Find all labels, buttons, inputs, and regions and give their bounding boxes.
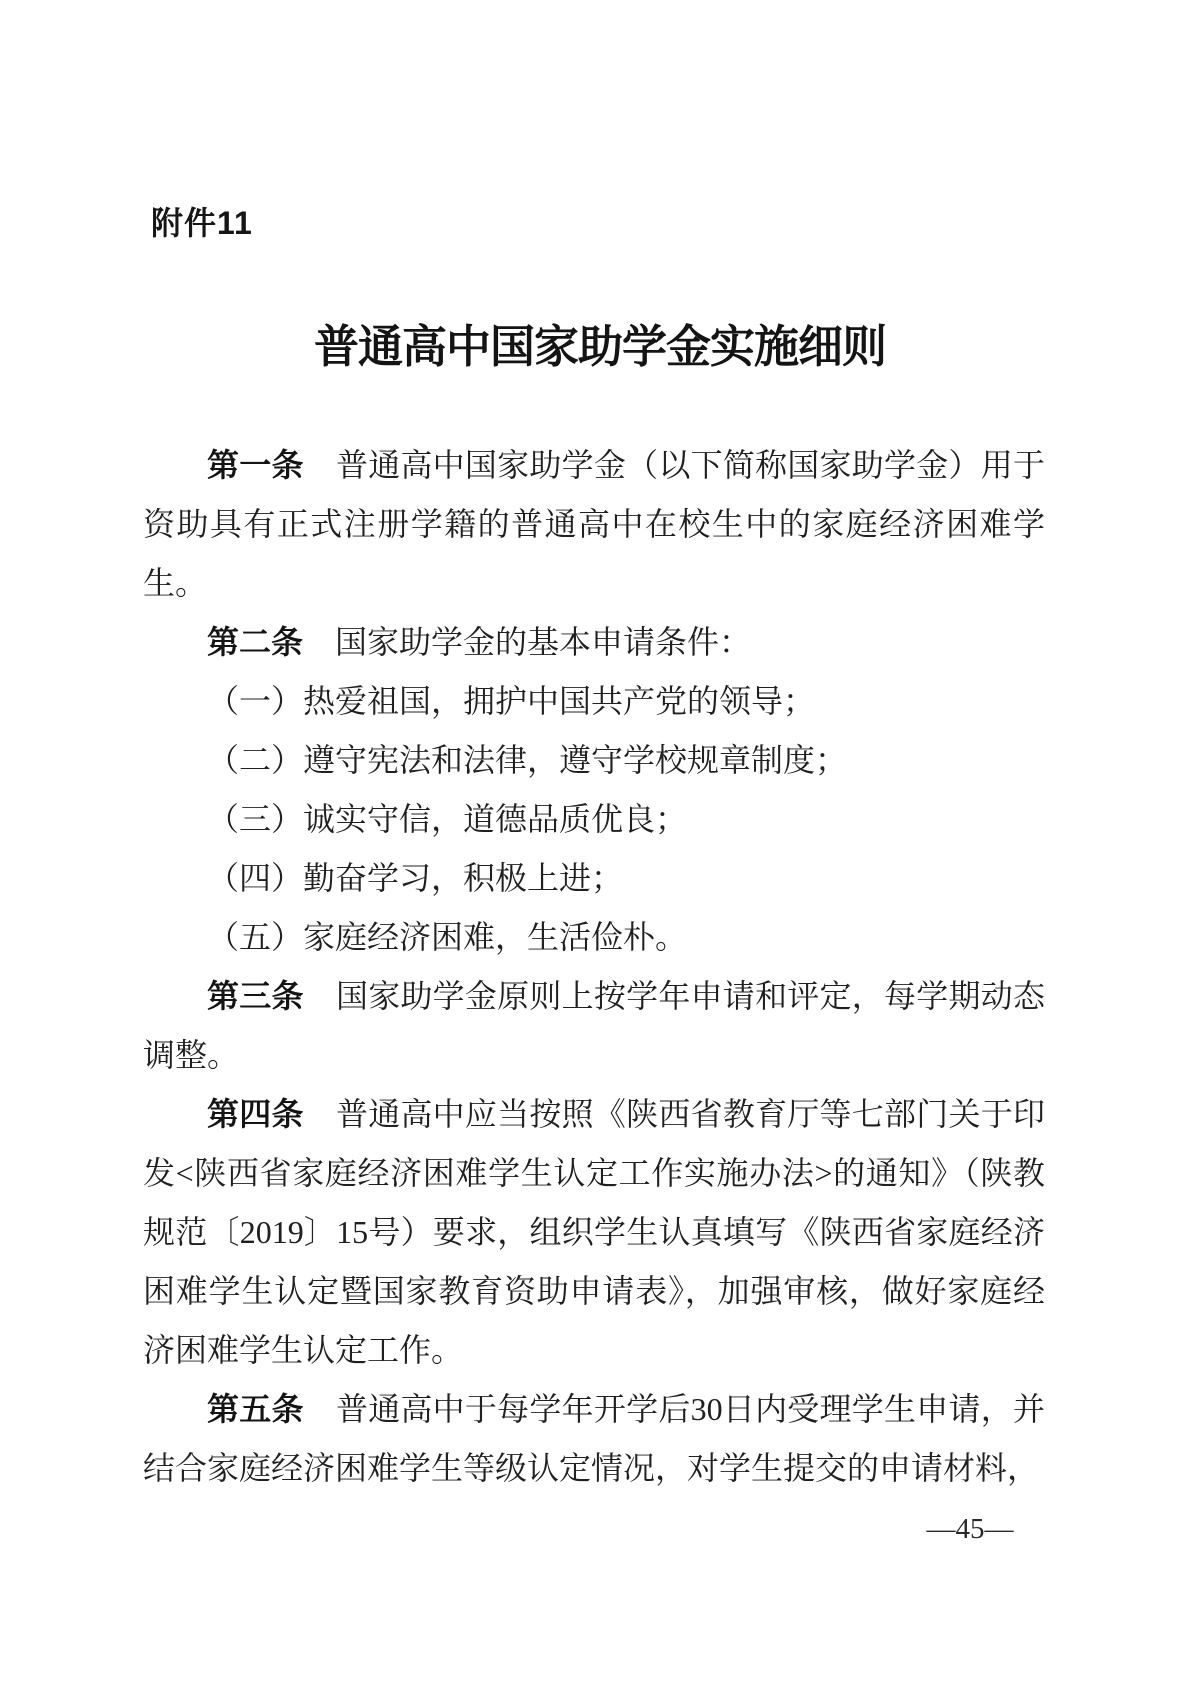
article-number: 第一条 xyxy=(207,447,304,483)
article-number: 第三条 xyxy=(207,978,304,1014)
attachment-label: 附件11 xyxy=(151,204,253,242)
article-paragraph: 第一条 普通高中国家助学金（以下简称国家助学金）用于资助具有正式注册学籍的普通高… xyxy=(143,436,1045,613)
list-item-paragraph: （四）勤奋学习，积极上进； xyxy=(143,849,1045,908)
list-item-paragraph: （二）遵守宪法和法律，遵守学校规章制度； xyxy=(143,731,1045,790)
list-item-paragraph: （五）家庭经济困难，生活俭朴。 xyxy=(143,908,1045,967)
page-number: —45— xyxy=(924,1512,1016,1546)
list-item-paragraph: （三）诚实守信，道德品质优良； xyxy=(143,790,1045,849)
article-paragraph: 第五条 普通高中于每学年开学后30日内受理学生申请，并结合家庭经济困难学生等级认… xyxy=(143,1380,1045,1498)
article-number: 第二条 xyxy=(207,624,303,660)
list-item-paragraph: （一）热爱祖国，拥护中国共产党的领导； xyxy=(143,672,1045,731)
article-paragraph: 第三条 国家助学金原则上按学年申请和评定，每学期动态调整。 xyxy=(143,967,1045,1085)
article-paragraph: 第二条 国家助学金的基本申请条件： xyxy=(143,613,1045,672)
article-paragraph: 第四条 普通高中应当按照《陕西省教育厅等七部门关于印发<陕西省家庭经济困难学生认… xyxy=(143,1085,1045,1380)
article-number: 第四条 xyxy=(207,1096,304,1132)
document-body: 第一条 普通高中国家助学金（以下简称国家助学金）用于资助具有正式注册学籍的普通高… xyxy=(143,436,1045,1498)
article-number: 第五条 xyxy=(207,1391,304,1427)
document-title: 普通高中国家助学金实施细则 xyxy=(140,318,1060,376)
document-page: 附件11 普通高中国家助学金实施细则 第一条 普通高中国家助学金（以下简称国家助… xyxy=(0,0,1200,1694)
